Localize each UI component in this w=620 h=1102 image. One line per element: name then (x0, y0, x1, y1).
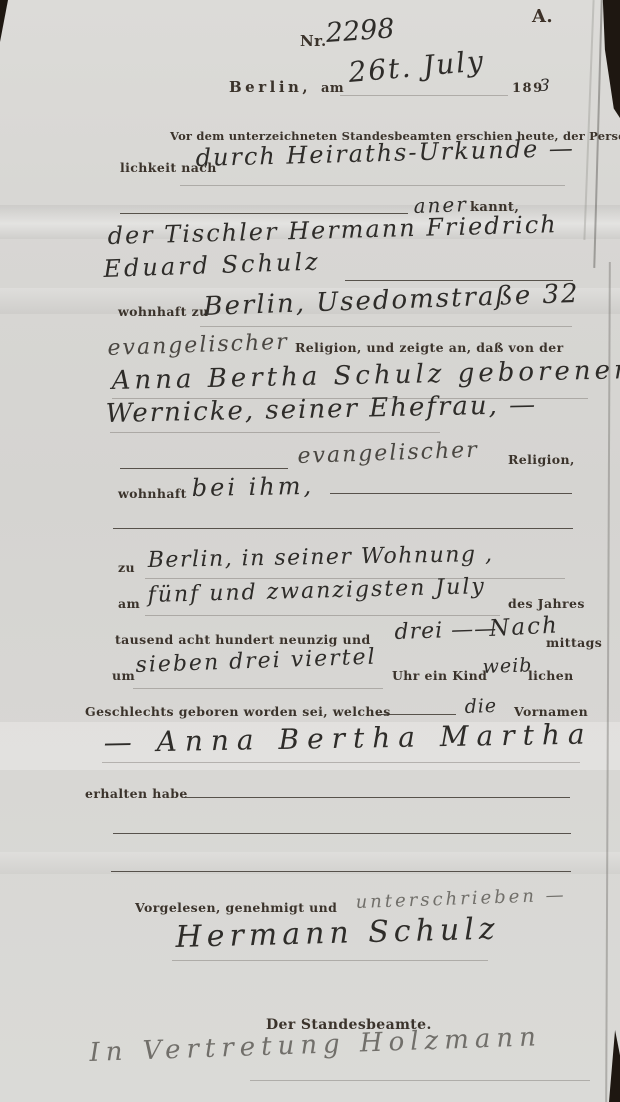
mother-name-line1: Anna Bertha Schulz geborenen (111, 355, 620, 396)
corner-letter: A. (532, 6, 553, 27)
father-name-line1: der Tischler Hermann Friedrich (107, 210, 558, 250)
table-surface-bottom-right (609, 1030, 620, 1102)
father-religion-line: Religion, und zeigte an, daß von der (295, 340, 564, 355)
birth-day-label: am (118, 596, 140, 611)
closing-signed-entry: unterschrieben — (355, 885, 567, 913)
birth-place-entry: Berlin, in seiner Wohnung , (148, 542, 494, 573)
vornamen-blank-rule (378, 714, 456, 715)
mother-religion-blank-rule (120, 468, 288, 469)
birth-sex-line2: Geschlechts geboren worden sei, welches (85, 704, 391, 719)
child-name-baseline (102, 762, 580, 763)
birth-year-words-printed: tausend acht hundert neunzig und (115, 632, 371, 647)
identity-proof-baseline (180, 185, 565, 186)
father-residence-baseline (200, 326, 572, 327)
father-residence-label: wohnhaft zu (118, 304, 209, 319)
father-signature-baseline (172, 960, 488, 961)
dateline-am-label: am (321, 81, 344, 96)
birth-time-baseline (133, 688, 383, 689)
birth-place-label: zu (118, 560, 135, 575)
blank-line-1 (113, 833, 571, 834)
birth-time-um-label: um (112, 668, 135, 683)
record-number-value: 2298 (325, 13, 396, 49)
table-surface-top-left (0, 0, 8, 42)
closing-read-approved: Vorgelesen, genehmigt und (135, 900, 337, 915)
dateline-year-handwritten: 3 (539, 76, 550, 96)
mother-religion-entry: evangelischer (297, 438, 479, 469)
mother-residence-blank-rule (330, 493, 572, 494)
birth-day-entry: fünf und zwanzigsten July (147, 574, 486, 608)
birth-meridiem-label: mittags (546, 635, 602, 650)
registrar-signature-baseline (250, 1080, 590, 1081)
birth-sex-entry: weib (482, 654, 532, 678)
birth-year-words-entry: drei —— (394, 616, 497, 645)
section-separator-rule (113, 528, 573, 529)
mother-name-baseline2 (110, 432, 440, 433)
father-religion-entry: evangelischer (107, 330, 289, 361)
birth-year-suffix-label: des Jahres (508, 596, 585, 611)
birth-day-baseline (145, 615, 500, 616)
child-name-entry: — Anna Bertha Martha (103, 717, 592, 759)
recognized-blank-rule (120, 213, 408, 214)
mother-religion-label: Religion, (508, 452, 575, 467)
father-name-line2: Eduard Schulz (103, 247, 321, 283)
page-edge-fold-faint (583, 0, 594, 240)
record-number-label: Nr. (300, 32, 327, 50)
father-signature: Hermann Schulz (175, 912, 500, 955)
mother-name-line2: Wernicke, seiner Ehefrau, — (105, 390, 537, 429)
received-label: erhalten habe (85, 786, 188, 801)
birth-sex-label: lichen (528, 668, 574, 683)
registrar-signature: In Vertretung Holzmann (89, 1022, 542, 1068)
dateline-date-handwritten: 26t. July (347, 44, 486, 89)
father-residence-entry: Berlin, Usedomstraße 32 (203, 279, 580, 322)
page-edge-fold-lower (605, 262, 610, 1102)
received-blank-rule (184, 797, 570, 798)
birth-time-entry: sieben drei viertel (135, 645, 377, 678)
vornamen-article-entry: die (464, 695, 497, 718)
mother-residence-label: wohnhaft (118, 486, 187, 501)
mother-residence-entry: bei ihm, (192, 472, 315, 502)
certificate-photo: A. Nr. 2298 Berlin, am 26t. July 189 3 V… (0, 0, 620, 1102)
birth-time-uhr-label: Uhr ein Kind (392, 668, 487, 683)
blank-line-2 (111, 871, 571, 872)
dateline-city: Berlin, (229, 78, 311, 96)
dateline-baseline (340, 95, 508, 96)
